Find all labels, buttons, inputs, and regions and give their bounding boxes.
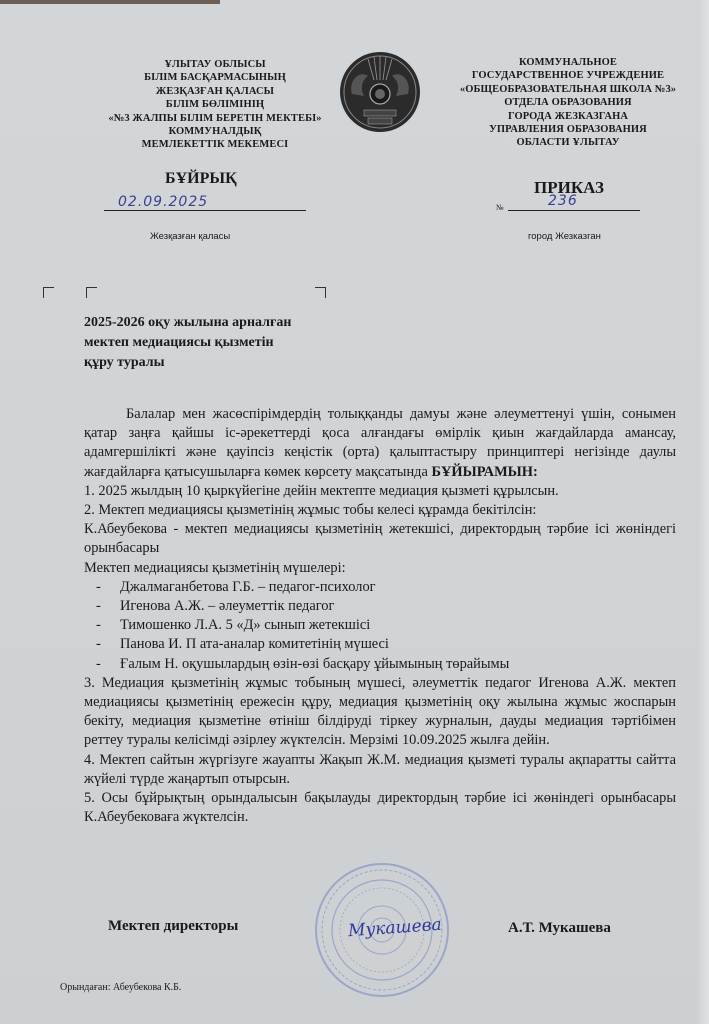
corner-mark [315, 287, 326, 298]
bullet-dash: - [96, 616, 101, 635]
order-date: 02.09.2025 [118, 194, 208, 210]
order-item-4: 4. Мектеп сайтын жүргізуге жауапты Жақып… [84, 751, 676, 789]
city-kz: Жезқазған қаласы [150, 231, 230, 242]
member-text: Ғалым Н. оқушылардың өзін-өзі басқару ұй… [120, 656, 509, 672]
bullet-dash: - [96, 655, 101, 674]
members-list: -Джалмаганбетова Г.Б. – педагог-психолог… [84, 578, 676, 674]
header-ru-line: ОБЛАСТИ ҰЛЫТАУ [448, 136, 688, 149]
header-ru-line: КОММУНАЛЬНОЕ [448, 56, 688, 69]
header-kz-line: КОММУНАЛДЫҚ [90, 125, 340, 138]
header-kz-line: МЕМЛЕКЕТТІК МЕКЕМЕСІ [90, 138, 340, 151]
signatory-title: Мектеп директоры [108, 918, 238, 935]
order-title-kz: БҰЙРЫҚ [165, 170, 237, 188]
order-item-3: 3. Медиация қызметінің жұмыс тобының мүш… [84, 674, 676, 751]
paper-edge [697, 0, 709, 1024]
bullet-dash: - [96, 578, 101, 597]
list-item: -Панова И. П ата-аналар комитетінің мүше… [84, 635, 676, 654]
order-number: 236 [548, 193, 578, 209]
city-ru: город Жезказган [528, 231, 601, 242]
member-text: Тимошенко Л.А. 5 «Д» сынып жетекшісі [120, 617, 370, 633]
order-word: БҰЙЫРАМЫН: [432, 464, 538, 480]
header-kazakh: ҰЛЫТАУ ОБЛЫСЫ БІЛІМ БАСҚАРМАСЫНЫҢ ЖЕЗҚАЗ… [90, 58, 340, 152]
subject-line: құру туралы [84, 353, 344, 373]
corner-mark [86, 287, 97, 298]
header-kz-line: «№3 ЖАЛПЫ БІЛІМ БЕРЕТІН МЕКТЕБІ» [90, 112, 340, 125]
date-underline [104, 210, 306, 211]
leader-line: К.Абеубекова - мектеп медиациясы қызметі… [84, 520, 676, 558]
order-body: Балалар мен жасөспірімдердің толыққанды … [84, 405, 676, 827]
list-item: -Тимошенко Л.А. 5 «Д» сынып жетекшісі [84, 616, 676, 635]
background-edge [0, 0, 220, 4]
header-ru-line: УПРАВЛЕНИЯ ОБРАЗОВАНИЯ [448, 123, 688, 136]
header-ru-line: ГОСУДАРСТВЕННОЕ УЧРЕЖДЕНИЕ [448, 69, 688, 82]
state-emblem-icon [338, 50, 422, 134]
member-text: Джалмаганбетова Г.Б. – педагог-психолог [120, 579, 376, 595]
number-underline [508, 210, 640, 211]
header-ru-line: ОТДЕЛА ОБРАЗОВАНИЯ [448, 96, 688, 109]
member-text: Панова И. П ата-аналар комитетінің мүшес… [120, 636, 389, 652]
subject-line: мектеп медиациясы қызметін [84, 333, 344, 353]
preamble: Балалар мен жасөспірімдердің толыққанды … [84, 405, 676, 482]
order-subject: 2025-2026 оқу жылына арналған мектеп мед… [84, 313, 344, 373]
list-item: -Ғалым Н. оқушылардың өзін-өзі басқару ұ… [84, 655, 676, 674]
order-item-5: 5. Осы бұйрықтың орындалысын бақылауды д… [84, 789, 676, 827]
executor-note: Орындаған: Абеубекова К.Б. [60, 982, 181, 993]
header-kz-line: ЖЕЗҚАЗҒАН ҚАЛАСЫ [90, 85, 340, 98]
bullet-dash: - [96, 597, 101, 616]
header-russian: КОММУНАЛЬНОЕ ГОСУДАРСТВЕННОЕ УЧРЕЖДЕНИЕ … [448, 56, 688, 150]
member-text: Игенова А.Ж. – әлеуметтік педагог [120, 598, 334, 614]
order-item-1: 1. 2025 жылдың 10 қыркүйегіне дейін мект… [84, 482, 676, 501]
header-kz-line: БІЛІМ БӨЛІМІНІҢ [90, 98, 340, 111]
header-kz-line: ҰЛЫТАУ ОБЛЫСЫ [90, 58, 340, 71]
corner-mark [43, 287, 54, 298]
list-item: -Джалмаганбетова Г.Б. – педагог-психолог [84, 578, 676, 597]
header-ru-line: «ОБЩЕОБРАЗОВАТЕЛЬНАЯ ШКОЛА №3» [448, 83, 688, 96]
header-ru-line: ГОРОДА ЖЕЗКАЗГАНА [448, 110, 688, 123]
preamble-text: Балалар мен жасөспірімдердің толыққанды … [84, 406, 676, 480]
members-heading: Мектеп медиациясы қызметінің мүшелері: [84, 559, 676, 578]
subject-line: 2025-2026 оқу жылына арналған [84, 313, 344, 333]
order-number-label: № [496, 203, 504, 212]
bullet-dash: - [96, 635, 101, 654]
signatory-name: А.Т. Мукашева [508, 920, 611, 937]
list-item: -Игенова А.Ж. – әлеуметтік педагог [84, 597, 676, 616]
header-kz-line: БІЛІМ БАСҚАРМАСЫНЫҢ [90, 71, 340, 84]
order-item-2: 2. Мектеп медиациясы қызметінің жұмыс то… [84, 501, 676, 520]
